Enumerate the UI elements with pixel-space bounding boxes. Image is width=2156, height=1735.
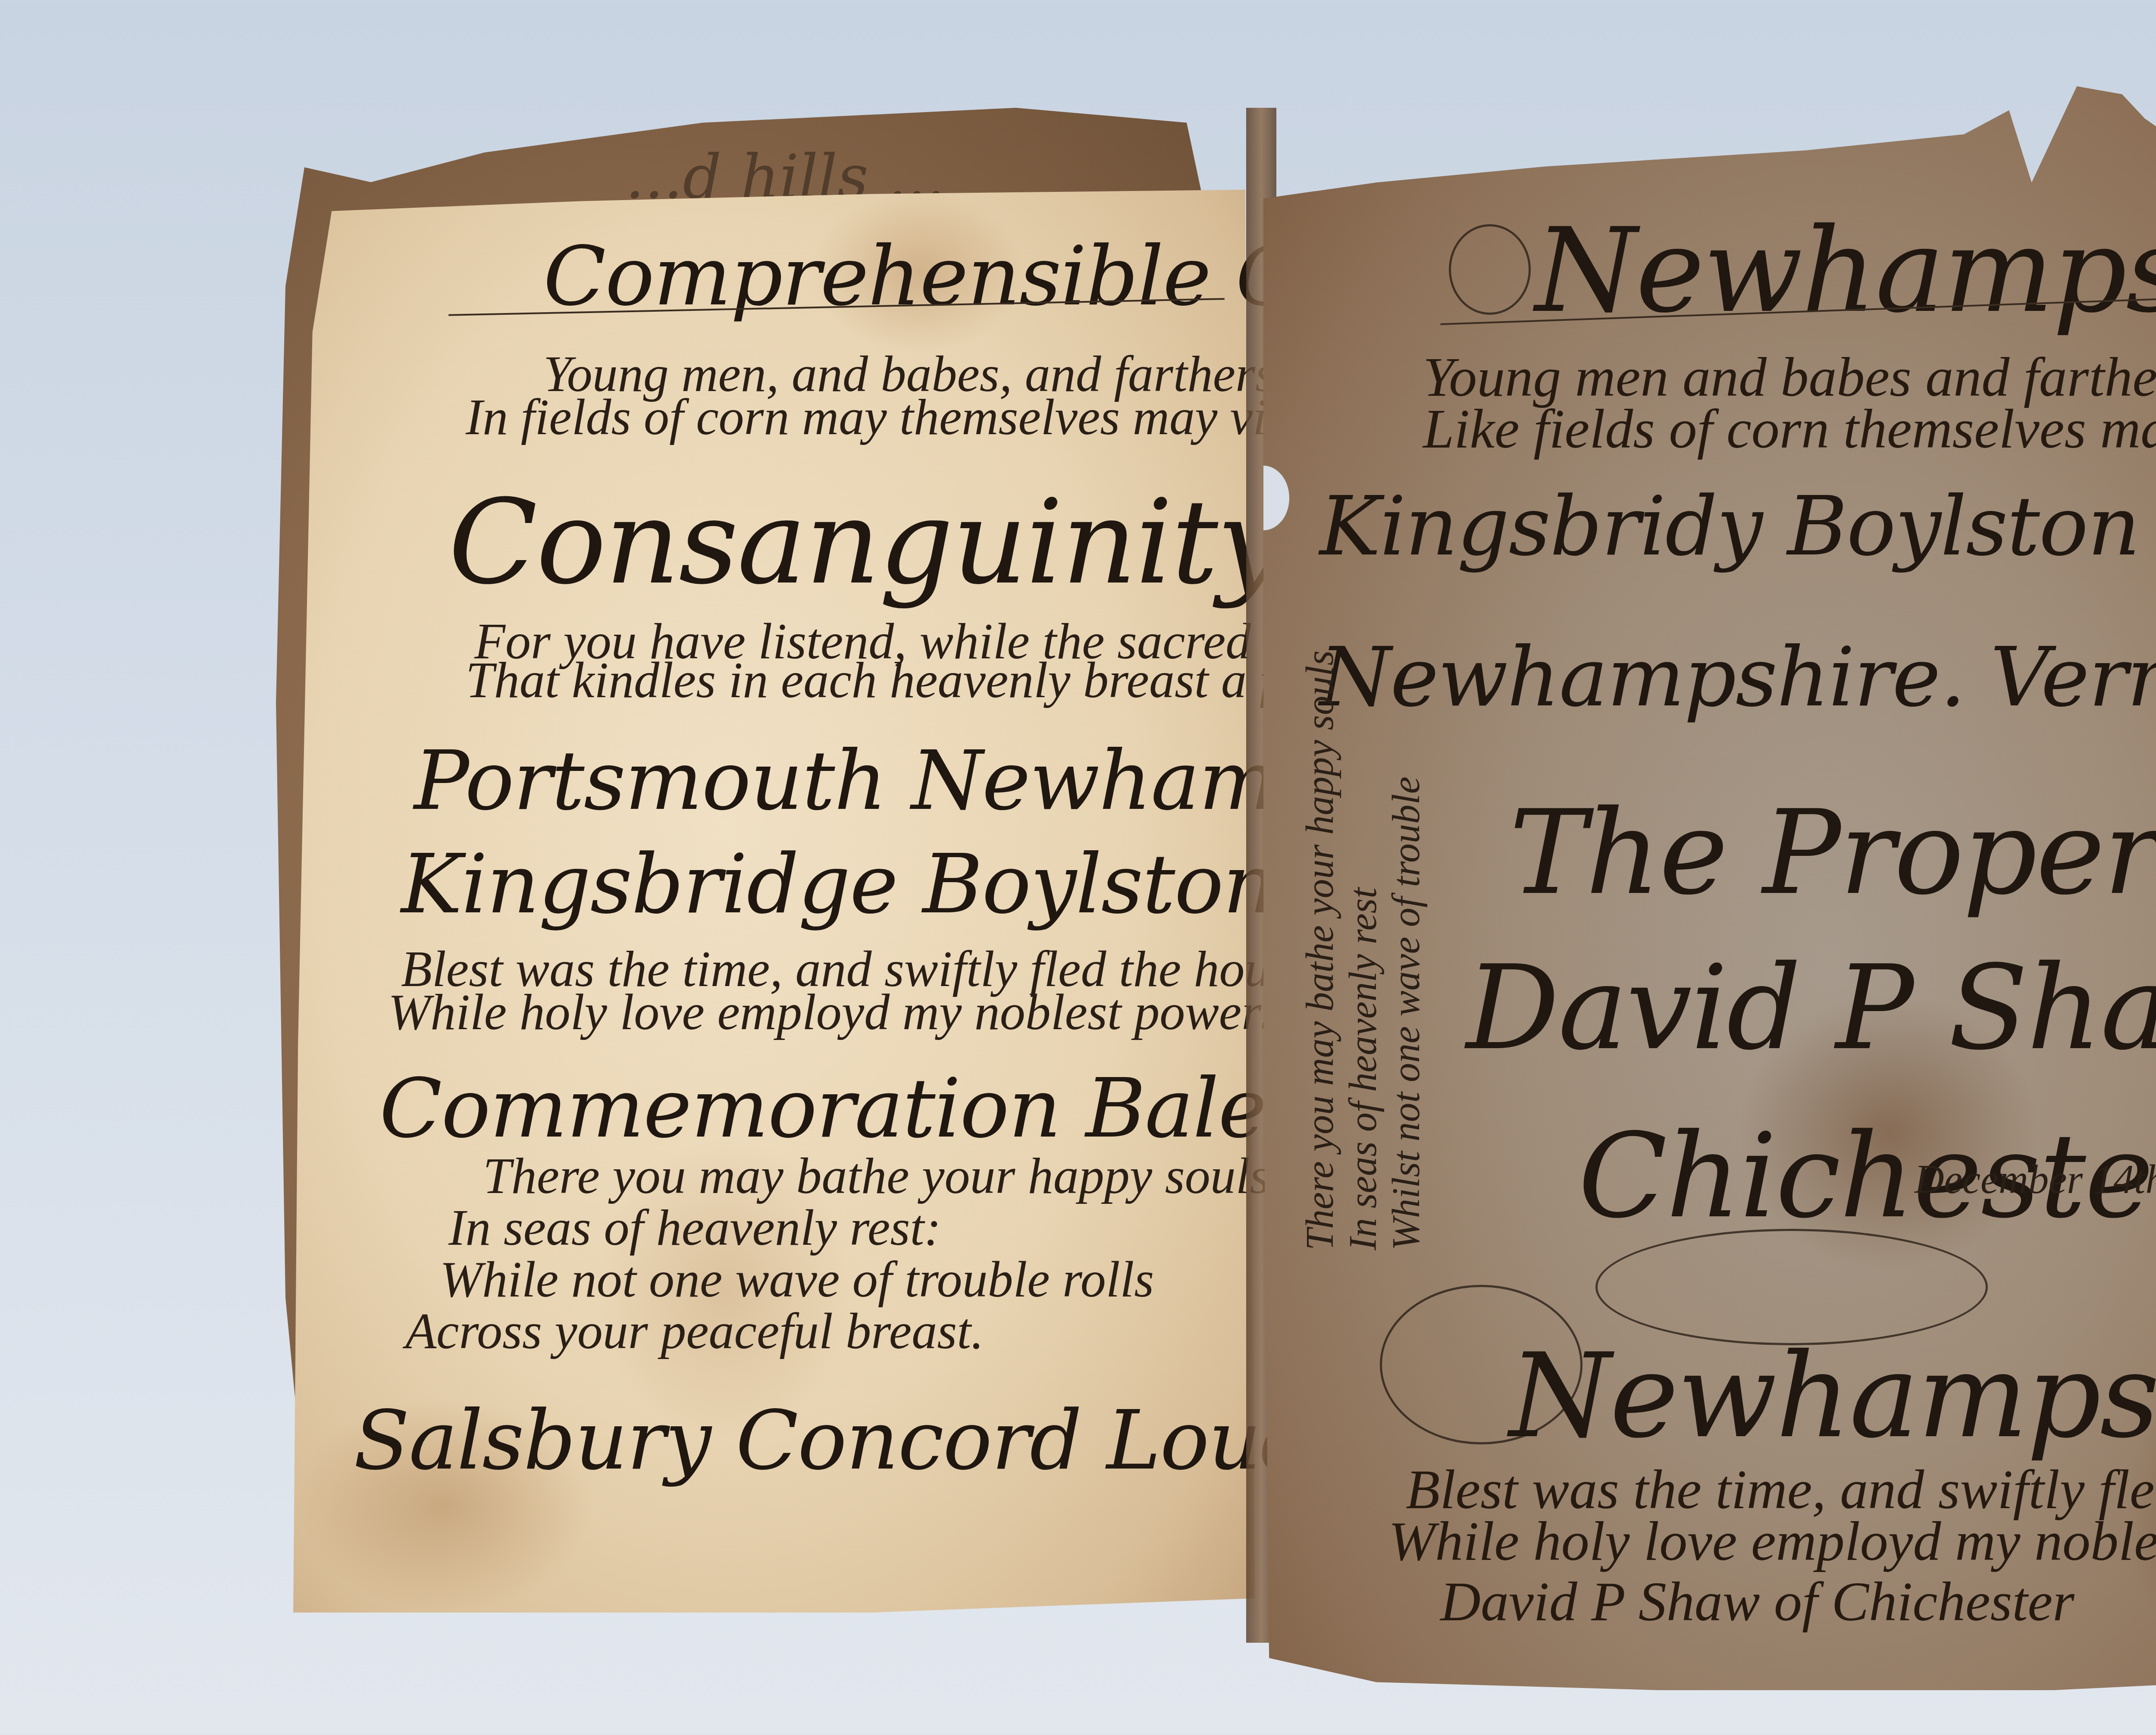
left-verse-line: Across your peaceful breast. — [405, 1302, 984, 1361]
flourish-loop — [1449, 224, 1531, 315]
left-verse-line: In fields of corn may themselves may vie… — [466, 388, 1323, 447]
margin-vertical-line: In seas of heavenly rest — [1341, 888, 1385, 1250]
date-line: December 14th 18 — [1915, 1156, 2156, 1203]
right-verse-line: While holy love employd my noblest power… — [1388, 1509, 2156, 1574]
property-line: The Property Of — [1509, 785, 2156, 921]
margin-vertical-line: Whilst not one wave of trouble — [1384, 777, 1429, 1250]
owner-name: David P Shaw — [1466, 940, 2156, 1076]
photo-scene: ...d hills ... Comprehensible Cunningham… — [0, 0, 2156, 1735]
left-verse-line: While holy love employd my noblest power… — [388, 983, 1294, 1042]
right-place-names: Newhampshire. Vermont. — [1319, 629, 2156, 725]
state-name: Newhampsire, — [1509, 1328, 2156, 1464]
margin-vertical-line: There you may bathe your happy souls — [1298, 651, 1342, 1250]
left-verse-line: There you may bathe your happy souls, — [483, 1147, 1282, 1206]
right-place-names: Kingsbridy Boylston Dalston. — [1319, 479, 2156, 574]
signature-line: David P Shaw of Chichester — [1440, 1569, 2075, 1634]
left-verse-line: In seas of heavenly rest: — [448, 1199, 941, 1257]
left-verse-line: While not one wave of trouble rolls — [440, 1250, 1154, 1309]
right-verse-line: Like fields of corn themselves may view — [1423, 397, 2156, 461]
